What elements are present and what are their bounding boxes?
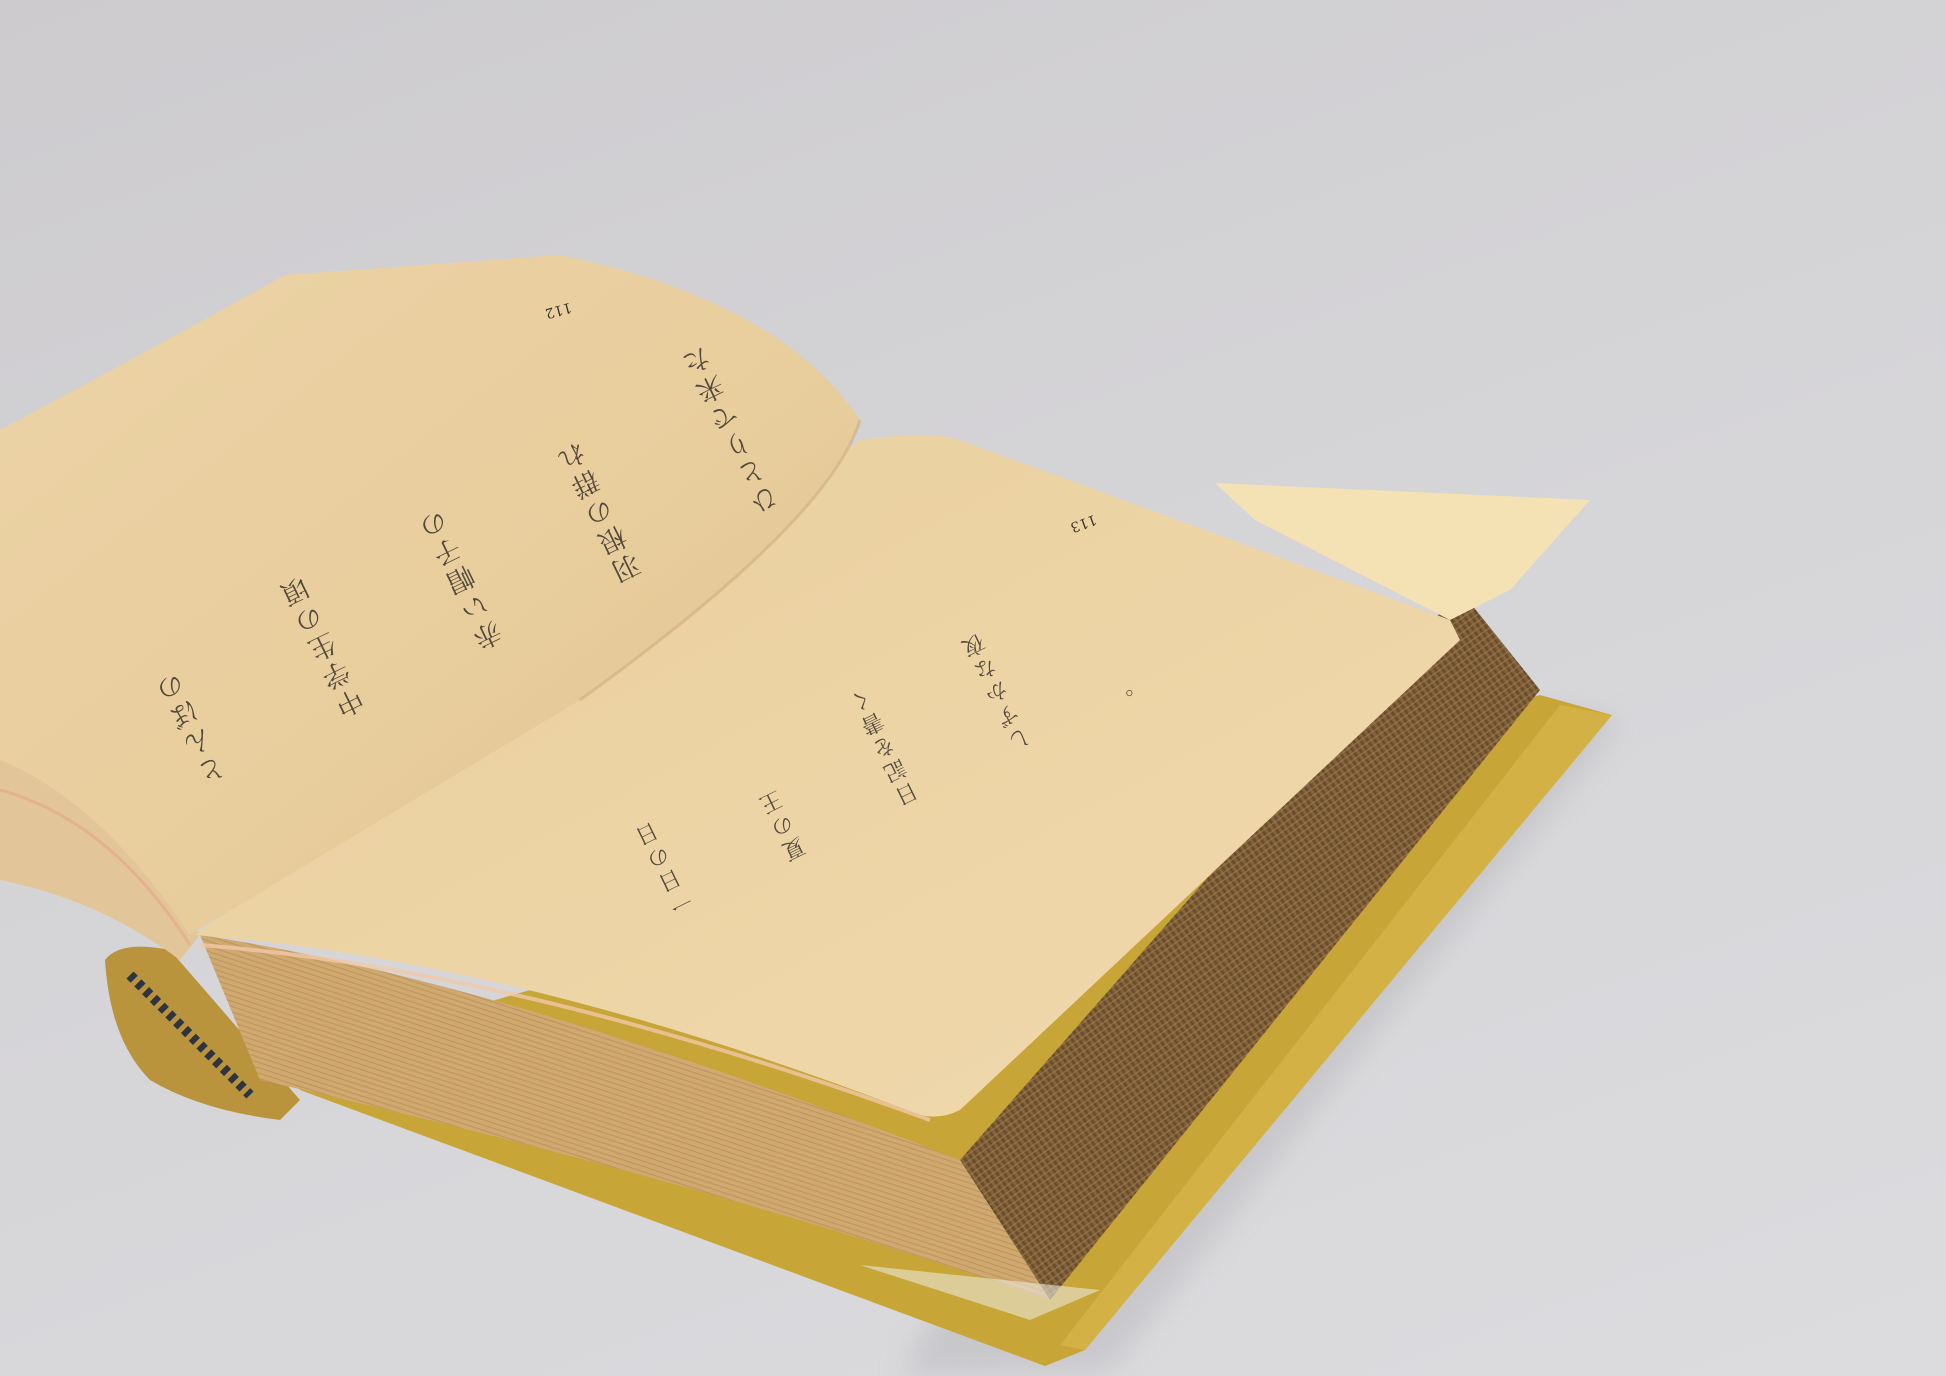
- text-line: 夏の王: [725, 732, 820, 867]
- text-line: とんぼの: [116, 603, 244, 793]
- text-line: 。: [1063, 567, 1158, 702]
- text-line: 日記を書く: [838, 677, 933, 812]
- text-line: 赤い帽子の: [392, 468, 520, 658]
- text-line: ひとりで来た: [669, 333, 797, 523]
- text-line: しずかな夜: [951, 622, 1046, 757]
- text-line: 羽根の群れ: [531, 401, 659, 591]
- text-line: 一日の日: [613, 787, 708, 922]
- photo-scene: 112 113 とんぼの 中学生の頃 赤い帽子の 羽根の群れ ひとりで来た 一日…: [0, 0, 1946, 1376]
- text-line: 中学生の頃: [254, 536, 382, 726]
